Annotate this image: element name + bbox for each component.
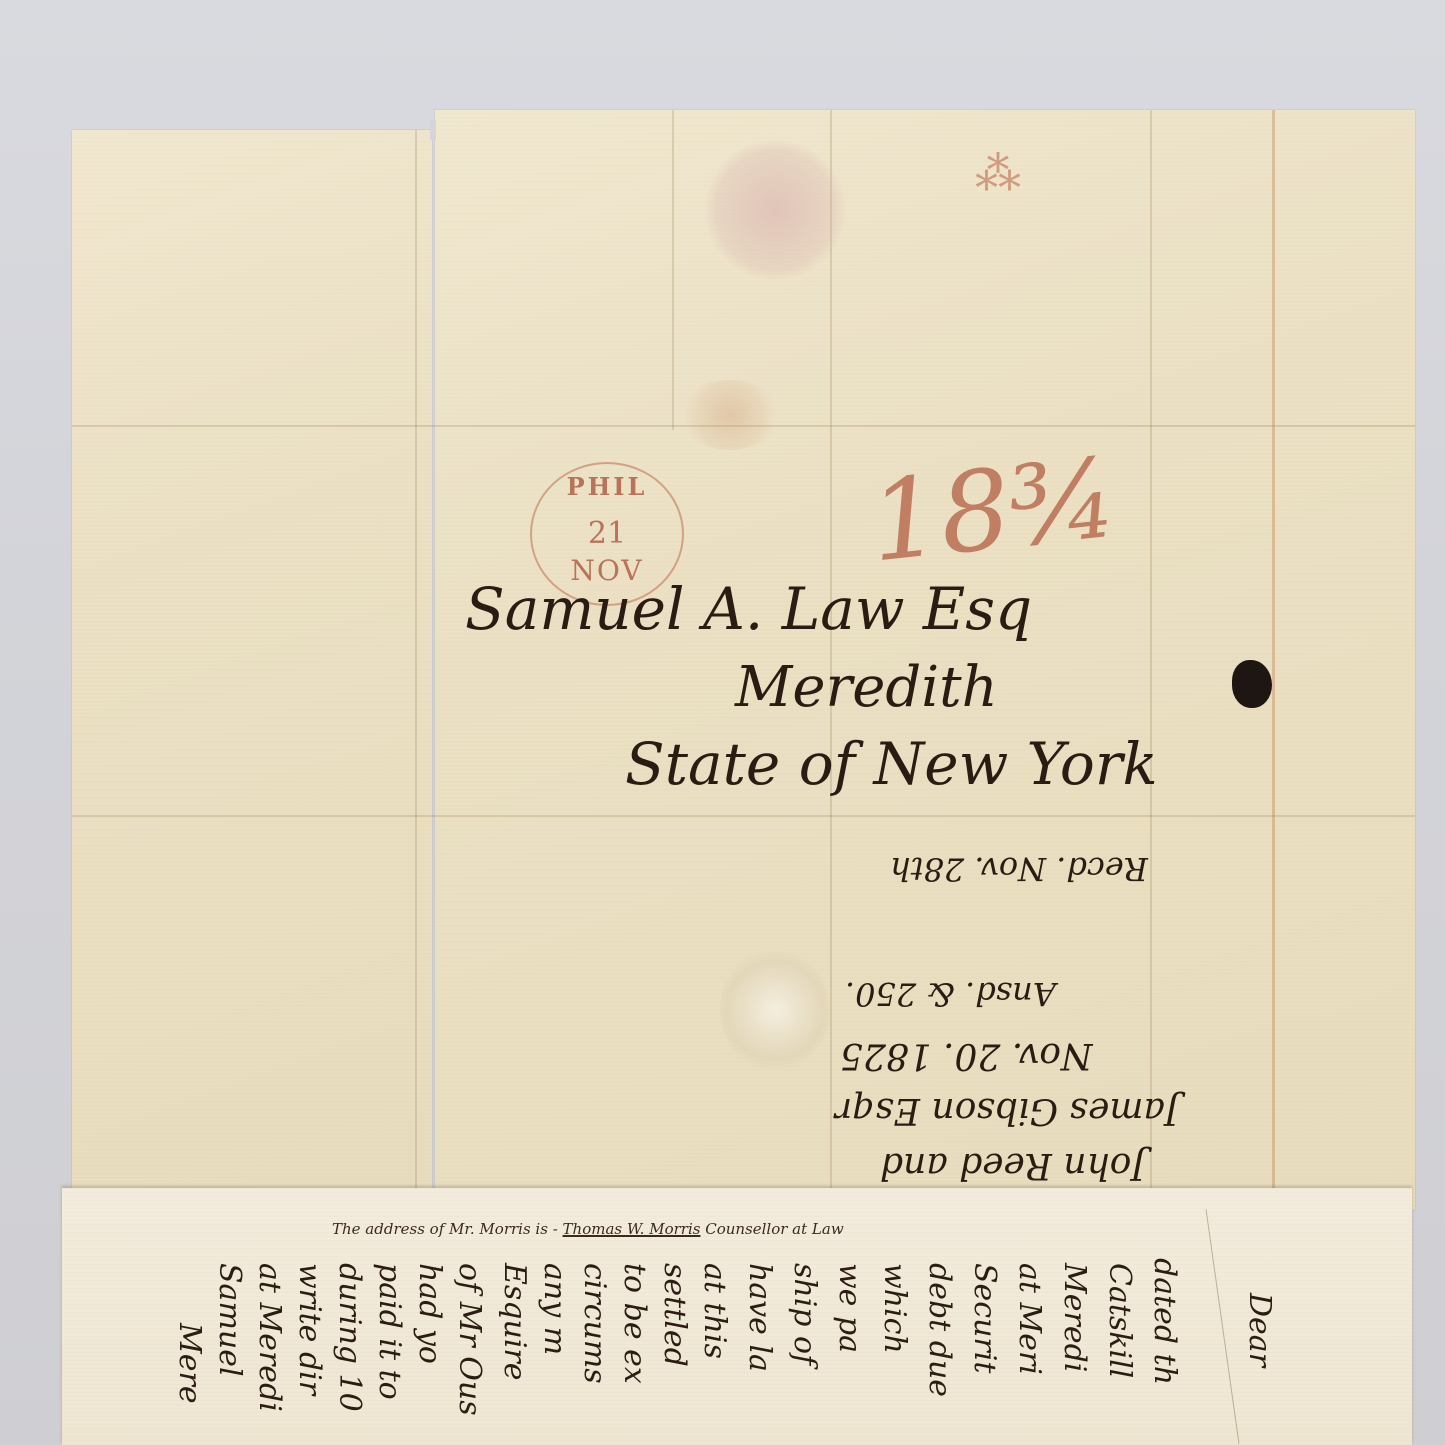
ink-blot [1232,660,1272,708]
letter-line: paid it to [372,1263,407,1400]
fold-line [1150,110,1152,1210]
letter-line: any m [537,1263,572,1355]
letter-line: write dir [292,1263,327,1395]
address-note-name: Thomas W. Morris [563,1220,701,1238]
fold-line [672,110,674,430]
letter-line: at Meri [1012,1263,1047,1375]
letter-line: Esquire [497,1263,532,1381]
postage-rate-marking: 18¾ [865,442,1122,577]
stain [680,380,780,450]
letter-line: dated th [1147,1258,1182,1385]
address-state: State of New York [625,730,1158,798]
letter-line: at this [697,1263,732,1359]
letter-line: Dear [1242,1293,1277,1367]
fold-line [1206,1209,1240,1444]
fold-line [1272,110,1275,1210]
letter-line: at Meredi [252,1263,287,1412]
letter-line: Mere [172,1323,207,1404]
fold-line [415,130,417,1210]
letter-line: Securit [967,1263,1002,1373]
address-town: Meredith [735,655,998,720]
fold-line [72,815,1415,817]
docket-sender-2: John Reed and [880,1145,1146,1186]
wax-seal-ghost [705,140,845,280]
docket-date: Nov. 20. 1825 [840,1035,1092,1076]
letter-line: we pa [832,1263,867,1353]
letter-line: of Mr Ous [452,1263,487,1416]
letter-line: Samuel [212,1263,247,1377]
address-recipient: Samuel A. Law Esq [465,575,1032,643]
letter-sheet: The address of Mr. Morris is - Thomas W.… [62,1188,1412,1445]
stain [720,950,830,1070]
address-note: The address of Mr. Morris is - Thomas W.… [332,1220,844,1238]
letter-line: Catskill [1102,1263,1137,1378]
postmark-city: PHIL [532,472,682,501]
letter-line: Meredi [1057,1263,1092,1372]
letter-line: circums [577,1263,612,1384]
postmark-day: 21 [532,516,682,551]
letter-line: to be ex [617,1263,652,1384]
letter-line: during 10 [332,1263,367,1412]
letter-line: which [877,1263,912,1354]
letter-line: settled [657,1263,692,1367]
cover-left-panel [72,130,432,1210]
letter-line: have la [742,1263,777,1372]
letter-line: debt due [922,1263,957,1397]
docket-answered: Ansd. & 250. [845,975,1056,1013]
partial-handstamp: ⁂ [975,150,1055,240]
paper-tear [430,120,436,140]
docket-received: Recd. Nov. 28th [890,850,1148,888]
docket-sender-1: James Gibson Esqr [835,1090,1179,1131]
letter-line: ship of [787,1263,822,1365]
letter-line: had yo [412,1263,447,1364]
